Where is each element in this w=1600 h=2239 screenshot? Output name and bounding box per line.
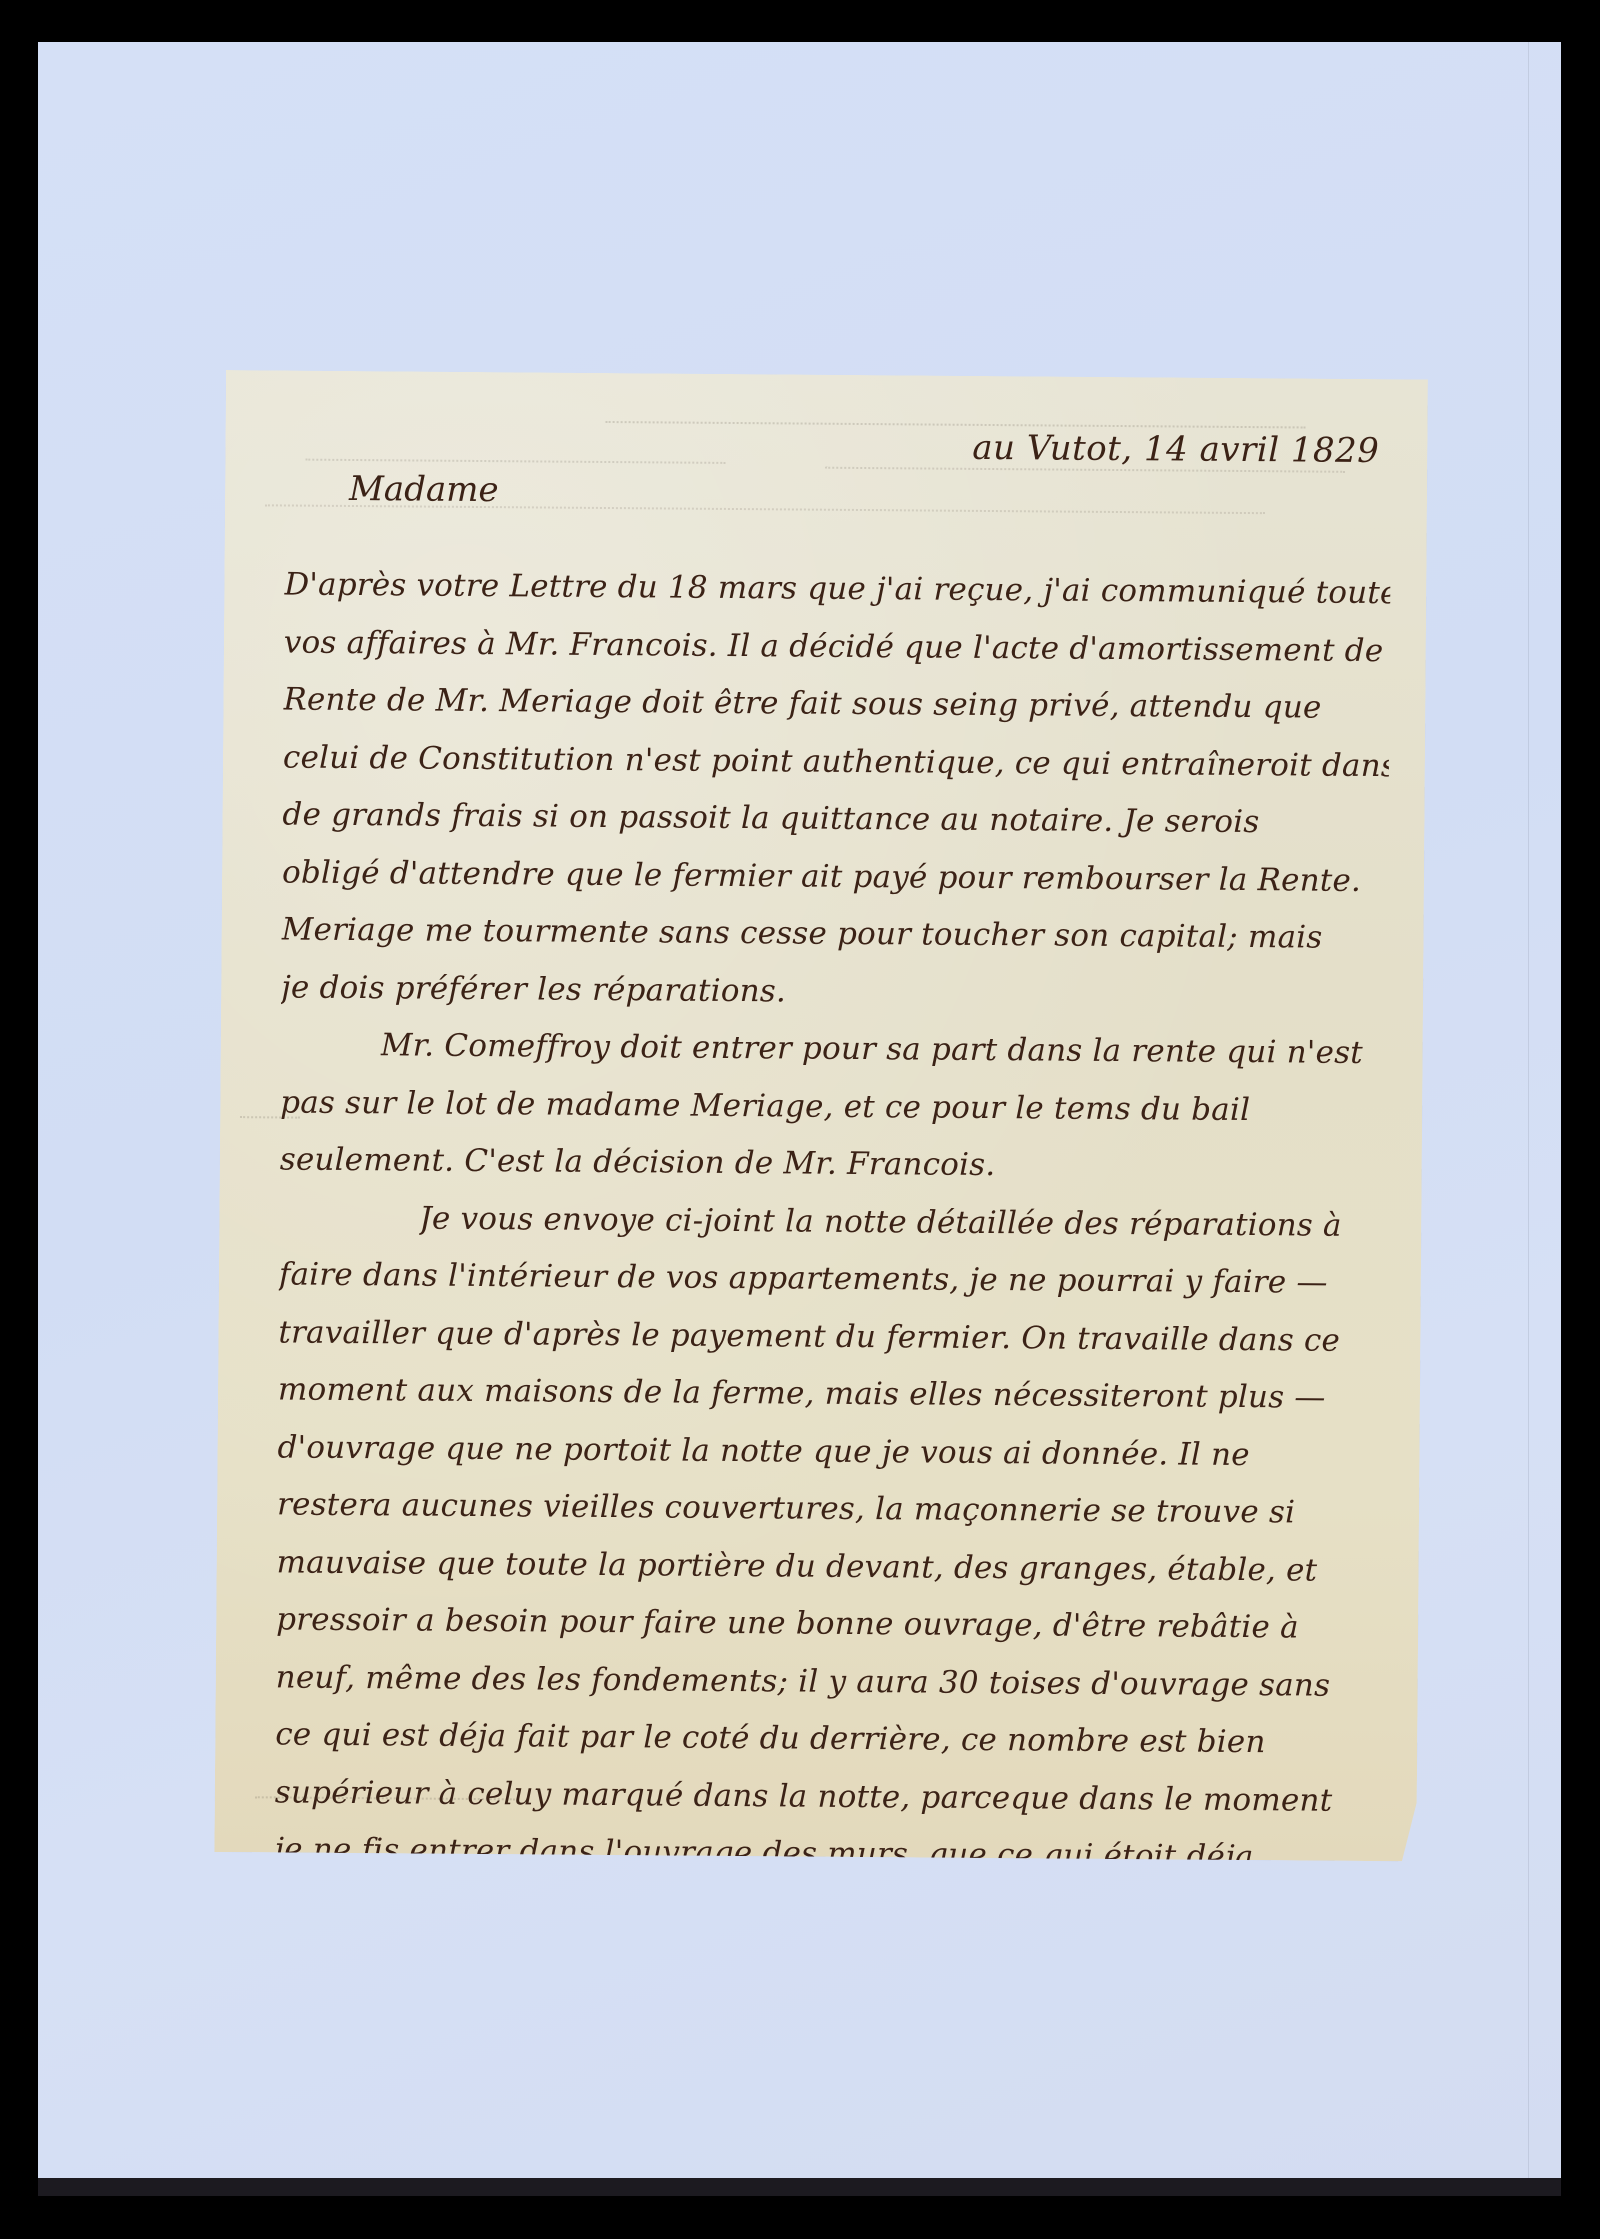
letter-line: Rente de Mr. Meriage doit être fait sous… <box>283 681 1389 726</box>
letter-line: je dois préférer les réparations. <box>281 969 1387 1014</box>
letter-line: seulement. C'est la décision de Mr. Fran… <box>280 1141 1386 1186</box>
letter-line: mauvaise que toute la portière du devant… <box>276 1544 1382 1589</box>
letter-line: D'après votre Lettre du 18 mars que j'ai… <box>284 566 1390 611</box>
letter-line: restera aucunes vieilles couvertures, la… <box>277 1486 1383 1531</box>
letter-sheet: au Vutot, 14 avril 1829 Madame D'après v… <box>214 370 1428 1861</box>
letter-line: celui de Constitution n'est point authen… <box>283 739 1389 784</box>
letter-line: de grands frais si on passoit la quittan… <box>282 796 1388 841</box>
letter-line: travailler que d'après le payement du fe… <box>278 1314 1384 1359</box>
letter-line: Meriage me tourmente sans cesse pour tou… <box>281 911 1387 956</box>
letter-line: vos affaires à Mr. Francois. Il a décidé… <box>284 624 1390 669</box>
letter-line: obligé d'attendre que le fermier ait pay… <box>282 854 1388 899</box>
album-page-fold-line <box>1528 42 1529 2178</box>
letter-line: pas sur le lot de madame Meriage, et ce … <box>280 1084 1386 1129</box>
letter-text: au Vutot, 14 avril 1829 Madame D'après v… <box>214 370 1428 1861</box>
album-page-bottom-edge <box>38 2178 1561 2196</box>
letter-line: Je vous envoye ci-joint la notte détaill… <box>419 1200 1385 1244</box>
letter-line: moment aux maisons de la ferme, mais ell… <box>278 1371 1384 1416</box>
letter-line: neuf, même des les fondements; il y aura… <box>276 1659 1382 1704</box>
salutation: Madame <box>349 469 499 510</box>
place-date: au Vutot, 14 avril 1829 <box>972 428 1379 471</box>
letter-line: supérieur à celuy marqué dans la notte, … <box>275 1774 1381 1819</box>
letter-line: d'ouvrage que ne portoit la notte que je… <box>277 1429 1383 1474</box>
letter-line: faire dans l'intérieur de vos appartemen… <box>279 1256 1385 1301</box>
letter-line: Mr. Comeffroy doit entrer pour sa part d… <box>381 1027 1387 1071</box>
letter-line: pressoir a besoin pour faire une bonne o… <box>276 1601 1382 1646</box>
letter-line: ce qui est déja fait par le coté du derr… <box>275 1716 1381 1761</box>
